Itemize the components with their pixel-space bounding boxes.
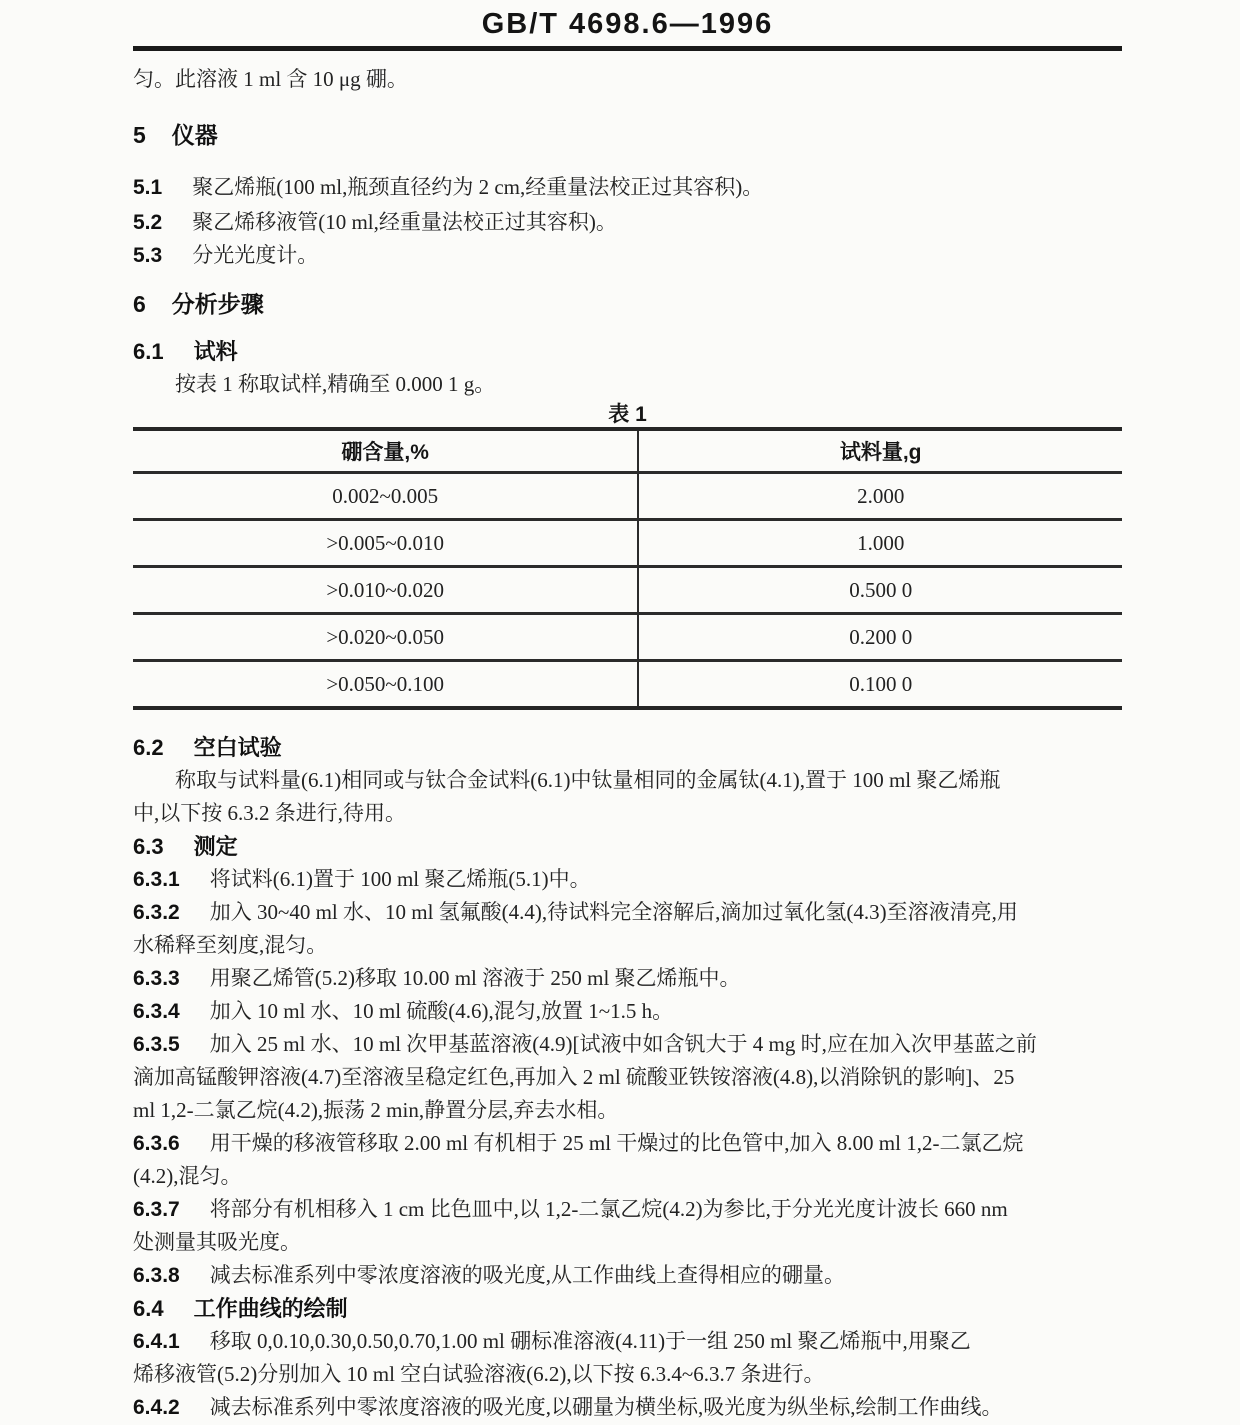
clause-number: 6 <box>133 291 146 317</box>
clause-text: 移取 0,0.10,0.30,0.50,0.70,1.00 ml 硼标准溶液(4… <box>133 1329 971 1386</box>
clause-title: 仪器 <box>172 122 218 148</box>
clause-6-4-2: 6.4.2减去标准系列中零浓度溶液的吸光度,以硼量为横坐标,吸光度为纵坐标,绘制… <box>133 1391 1122 1424</box>
clause-6-3-3: 6.3.3用聚乙烯管(5.2)移取 10.00 ml 溶液于 250 ml 聚乙… <box>133 962 1122 995</box>
cell-sample-mass: 0.100 0 <box>638 661 1122 709</box>
clause-text: 聚乙烯瓶(100 ml,瓶颈直径约为 2 cm,经重量法校正过其容积)。 <box>192 175 763 199</box>
clause-6-2-heading: 6.2空白试验 <box>133 731 1122 764</box>
cell-sample-mass: 0.500 0 <box>638 567 1122 614</box>
clause-6-3-6: 6.3.6用干燥的移液管移取 2.00 ml 有机相于 25 ml 干燥过的比色… <box>133 1127 1122 1193</box>
clause-title: 工作曲线的绘制 <box>194 1296 348 1321</box>
header-rule <box>133 46 1122 51</box>
clause-6-3-2: 6.3.2加入 30~40 ml 水、10 ml 氢氟酸(4.4),待试料完全溶… <box>133 896 1122 962</box>
clause-6-3-5: 6.3.5加入 25 ml 水、10 ml 次甲基蓝溶液(4.9)[试液中如含钒… <box>133 1028 1122 1127</box>
clause-number: 6.3.5 <box>133 1033 180 1056</box>
clause-title: 空白试验 <box>194 735 282 760</box>
clause-number: 5.3 <box>133 244 162 267</box>
clause-text: 减去标准系列中零浓度溶液的吸光度,从工作曲线上查得相应的硼量。 <box>210 1263 845 1287</box>
clause-number: 6.3.7 <box>133 1198 180 1221</box>
col-header-sample-mass: 试料量,g <box>638 429 1122 473</box>
clause-number: 6.3 <box>133 834 164 859</box>
clause-6-heading: 6分析步骤 <box>133 287 1122 321</box>
clause-6-2-body: 称取与试料量(6.1)相同或与钛合金试料(6.1)中钛量相同的金属钛(4.1),… <box>133 764 1122 830</box>
clause-number: 6.4.1 <box>133 1330 180 1353</box>
clause-title: 测定 <box>194 834 238 859</box>
clause-5-3: 5.3分光光度计。 <box>133 239 1122 272</box>
clause-text: 用聚乙烯管(5.2)移取 10.00 ml 溶液于 250 ml 聚乙烯瓶中。 <box>210 966 741 990</box>
clause-6-3-7: 6.3.7将部分有机相移入 1 cm 比色皿中,以 1,2-二氯乙烷(4.2)为… <box>133 1193 1122 1259</box>
clause-number: 6.3.4 <box>133 1000 180 1023</box>
clause-text: 加入 30~40 ml 水、10 ml 氢氟酸(4.4),待试料完全溶解后,滴加… <box>133 900 1018 957</box>
clause-number: 5.1 <box>133 176 162 199</box>
cell-boron-range: >0.050~0.100 <box>133 661 638 709</box>
table-row: >0.010~0.020 0.500 0 <box>133 567 1122 614</box>
table-row: >0.005~0.010 1.000 <box>133 520 1122 567</box>
cell-sample-mass: 2.000 <box>638 473 1122 520</box>
clause-number: 6.3.1 <box>133 868 180 891</box>
clause-text: 分光光度计。 <box>192 243 318 267</box>
clause-title: 试料 <box>194 339 238 364</box>
table-1: 硼含量,% 试料量,g 0.002~0.005 2.000 >0.005~0.0… <box>133 427 1122 710</box>
clause-number: 6.4.2 <box>133 1396 180 1419</box>
clause-text: 加入 10 ml 水、10 ml 硫酸(4.6),混匀,放置 1~1.5 h。 <box>210 999 673 1023</box>
clause-number: 6.3.6 <box>133 1132 180 1155</box>
clause-number: 5.2 <box>133 211 162 234</box>
clause-6-4-heading: 6.4工作曲线的绘制 <box>133 1292 1122 1325</box>
table-row: 0.002~0.005 2.000 <box>133 473 1122 520</box>
clause-6-1-body: 按表 1 称取试样,精确至 0.000 1 g。 <box>133 368 1122 401</box>
cell-boron-range: 0.002~0.005 <box>133 473 638 520</box>
clause-text: 减去标准系列中零浓度溶液的吸光度,以硼量为横坐标,吸光度为纵坐标,绘制工作曲线。 <box>210 1395 1003 1419</box>
cell-boron-range: >0.005~0.010 <box>133 520 638 567</box>
clause-text: 将部分有机相移入 1 cm 比色皿中,以 1,2-二氯乙烷(4.2)为参比,于分… <box>133 1197 1008 1254</box>
clause-number: 5 <box>133 122 146 148</box>
clause-6-3-1: 6.3.1将试料(6.1)置于 100 ml 聚乙烯瓶(5.1)中。 <box>133 863 1122 896</box>
clause-text: 用干燥的移液管移取 2.00 ml 有机相于 25 ml 干燥过的比色管中,加入… <box>133 1131 1023 1188</box>
clause-number: 6.1 <box>133 339 164 364</box>
clause-5-heading: 5仪器 <box>133 118 1122 152</box>
clause-number: 6.3.3 <box>133 967 180 990</box>
clause-text: 加入 25 ml 水、10 ml 次甲基蓝溶液(4.9)[试液中如含钒大于 4 … <box>133 1032 1037 1122</box>
cell-sample-mass: 0.200 0 <box>638 614 1122 661</box>
clause-text: 将试料(6.1)置于 100 ml 聚乙烯瓶(5.1)中。 <box>210 867 591 891</box>
clause-5-2: 5.2聚乙烯移液管(10 ml,经重量法校正过其容积)。 <box>133 206 1122 239</box>
clause-text: 聚乙烯移液管(10 ml,经重量法校正过其容积)。 <box>192 210 617 234</box>
clause-title: 分析步骤 <box>172 291 264 317</box>
clause-5-1: 5.1聚乙烯瓶(100 ml,瓶颈直径约为 2 cm,经重量法校正过其容积)。 <box>133 171 1122 204</box>
paragraph-continued: 匀。此溶液 1 ml 含 10 μg 硼。 <box>133 63 1122 96</box>
clause-6-4-1: 6.4.1移取 0,0.10,0.30,0.50,0.70,1.00 ml 硼标… <box>133 1325 1122 1391</box>
table-header-row: 硼含量,% 试料量,g <box>133 429 1122 473</box>
cell-boron-range: >0.020~0.050 <box>133 614 638 661</box>
table-row: >0.050~0.100 0.100 0 <box>133 661 1122 709</box>
clause-6-3-8: 6.3.8减去标准系列中零浓度溶液的吸光度,从工作曲线上查得相应的硼量。 <box>133 1259 1122 1292</box>
clause-6-3-heading: 6.3测定 <box>133 830 1122 863</box>
table-1-caption: 表 1 <box>133 403 1122 427</box>
clause-number: 6.2 <box>133 735 164 760</box>
clause-number: 6.4 <box>133 1296 164 1321</box>
document-page: GB/T 4698.6—1996 匀。此溶液 1 ml 含 10 μg 硼。 5… <box>0 0 1240 1425</box>
clause-number: 6.3.2 <box>133 901 180 924</box>
table-row: >0.020~0.050 0.200 0 <box>133 614 1122 661</box>
clause-6-3-4: 6.3.4加入 10 ml 水、10 ml 硫酸(4.6),混匀,放置 1~1.… <box>133 995 1122 1028</box>
cell-sample-mass: 1.000 <box>638 520 1122 567</box>
col-header-boron-content: 硼含量,% <box>133 429 638 473</box>
cell-boron-range: >0.010~0.020 <box>133 567 638 614</box>
clause-number: 6.3.8 <box>133 1264 180 1287</box>
clause-6-1-heading: 6.1试料 <box>133 335 1122 368</box>
standard-number: GB/T 4698.6—1996 <box>133 0 1122 46</box>
